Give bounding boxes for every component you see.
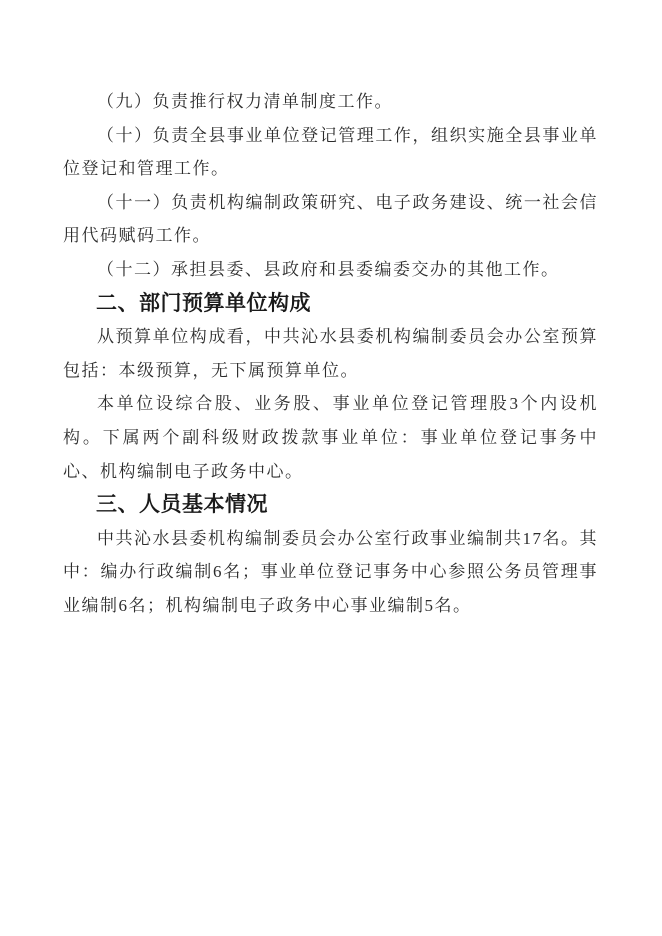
clause-11-paragraph: （十一）负责机构编制政策研究、电子政务建设、统一社会信用代码赋码工作。 [63, 186, 598, 253]
clause-9-paragraph: （九）负责推行权力清单制度工作。 [63, 85, 598, 119]
section-heading-personnel: 三、人员基本情况 [63, 488, 598, 522]
budget-composition-paragraph: 从预算单位构成看，中共沁水县委机构编制委员会办公室预算包括：本级预算，无下属预算… [63, 320, 598, 387]
internal-structure-paragraph: 本单位设综合股、业务股、事业单位登记管理股3个内设机构。下属两个副科级财政拨款事… [63, 387, 598, 488]
clause-12-paragraph: （十二）承担县委、县政府和县委编委交办的其他工作。 [63, 253, 598, 287]
page-content: （九）负责推行权力清单制度工作。 （十）负责全县事业单位登记管理工作，组织实施全… [63, 85, 598, 623]
section-heading-budget-units: 二、部门预算单位构成 [63, 287, 598, 321]
staffing-paragraph: 中共沁水县委机构编制委员会办公室行政事业编制共17名。其中：编办行政编制6名；事… [63, 522, 598, 623]
clause-10-paragraph: （十）负责全县事业单位登记管理工作，组织实施全县事业单位登记和管理工作。 [63, 119, 598, 186]
document-page: （九）负责推行权力清单制度工作。 （十）负责全县事业单位登记管理工作，组织实施全… [0, 0, 662, 936]
